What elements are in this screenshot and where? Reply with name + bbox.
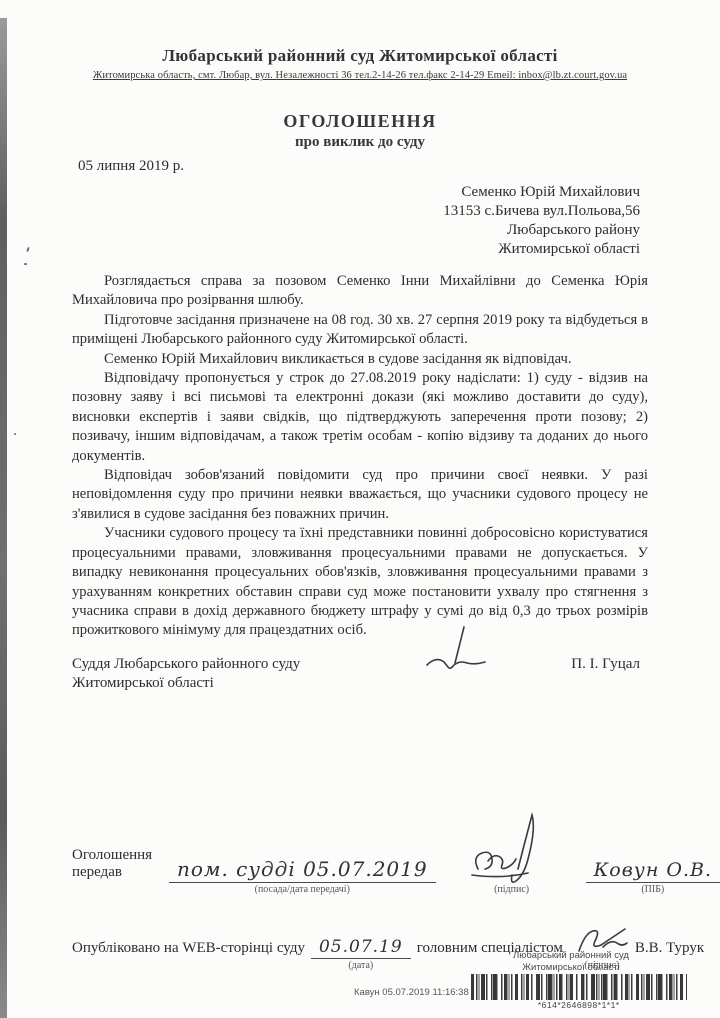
document-date: 05 липня 2019 р. [78, 158, 720, 175]
document-header: Любарський районний суд Житомирської обл… [0, 0, 720, 81]
paragraph: Семенко Юрій Михайлович викликається в с… [72, 350, 648, 369]
addressee-block: Семенко Юрій Михайлович 13153 с.Бичева в… [0, 183, 640, 259]
document-subtitle: про виклик до суду [0, 134, 720, 151]
paragraph: Відповідачу пропонується у строк до 27.0… [72, 369, 648, 466]
transfer-block: Оголошення передав пом. судді 05.07.2019… [72, 811, 720, 895]
barcode [471, 974, 687, 1000]
handwritten-clerk-name: Ковун О.В. [586, 859, 720, 883]
paragraph: Розглядається справа за позовом Семенко … [72, 272, 648, 311]
handwritten-position-date: пом. судді 05.07.2019 [169, 857, 436, 883]
addressee-region: Житомирської області [0, 240, 640, 259]
paragraph: Відповідач зобов'язаний повідомити суд п… [72, 466, 648, 524]
paragraph: Учасники судового процесу та їхні предст… [72, 524, 648, 640]
addressee-district: Любарського району [0, 221, 640, 240]
clerk-signature-icon [464, 811, 560, 883]
document-body: Розглядається справа за позовом Семенко … [72, 272, 648, 641]
paragraph: Підготовче засідання призначене на 08 го… [72, 311, 648, 350]
addressee-name: Семенко Юрій Михайлович [0, 183, 640, 202]
scanned-court-document: Любарський районний суд Житомирської обл… [0, 0, 720, 1018]
stamp-operator-datetime: Кавун 05.07.2019 11:16:38 [354, 987, 469, 998]
judge-name: П. І. Гуцал [571, 655, 648, 674]
scan-speck [24, 263, 27, 265]
transfer-signature-field: (підпис) [464, 811, 560, 895]
transfer-name-field: Ковун О.В. (ПІБ) [586, 859, 720, 895]
barcode-number: *614*2646898*1*1* [471, 1000, 687, 1010]
stamp-court-name: Любарський районний суд Житомирської обл… [464, 950, 678, 973]
judge-signature-block: Суддя Любарського районного суду Житомир… [72, 655, 648, 693]
judge-signature-icon [417, 623, 501, 687]
document-title: ОГОЛОШЕННЯ [0, 111, 720, 132]
court-registration-stamp: Любарський районний суд Житомирської обл… [354, 950, 704, 1010]
court-contact-line: Житомирська область, смт. Любар, вул. Не… [0, 70, 720, 81]
addressee-address: 13153 с.Бичева вул.Польова,56 [0, 202, 640, 221]
caption-name: (ПІБ) [586, 884, 720, 895]
caption-position-date: (посада/дата передачі) [169, 884, 436, 895]
transfer-position-field: пом. судді 05.07.2019 (посада/дата перед… [169, 857, 436, 895]
published-label: Опубліковано на WEB-сторінці суду [72, 940, 305, 971]
scan-speck [14, 433, 16, 435]
transfer-label: Оголошення передав [72, 847, 169, 895]
scan-edge-artifact [0, 18, 7, 1018]
court-name: Любарський районний суд Житомирської обл… [0, 46, 720, 66]
caption-signature: (підпис) [464, 884, 560, 895]
judge-position: Суддя Любарського районного суду Житомир… [72, 655, 300, 693]
